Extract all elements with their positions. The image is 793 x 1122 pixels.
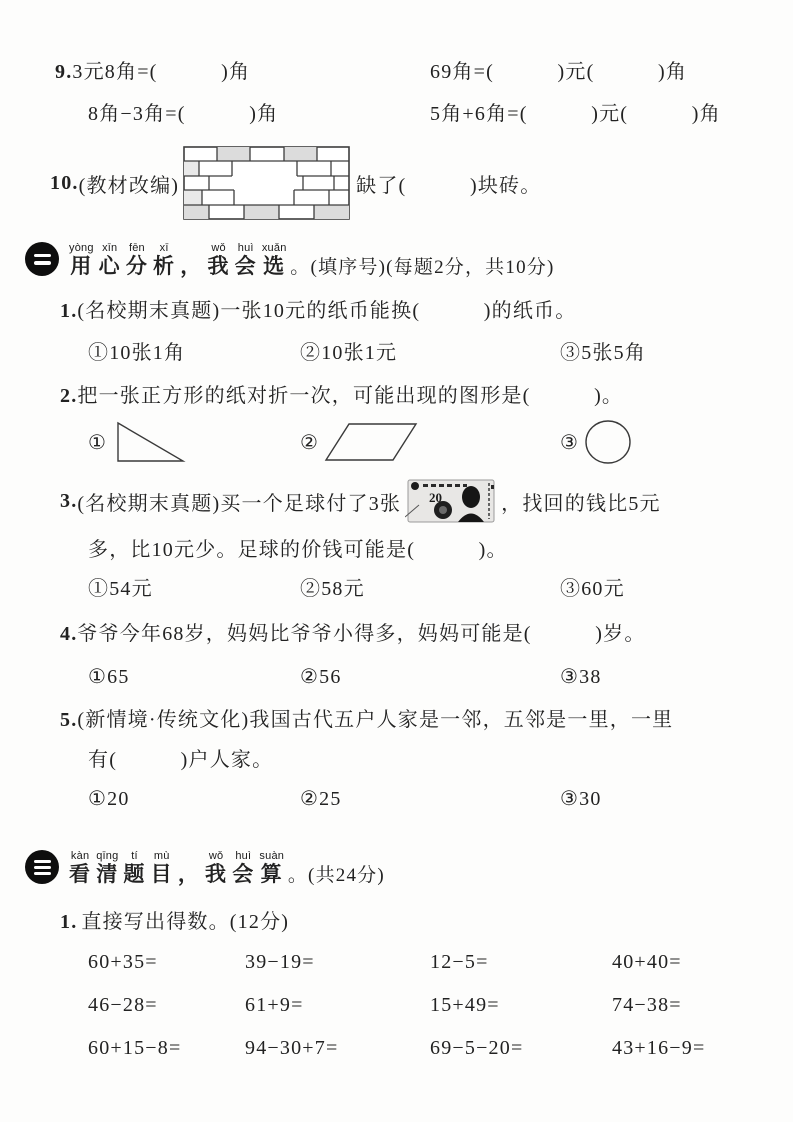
brick-wall-image [183,146,350,220]
q9-item-3: 8角−3角=( )角 [88,100,430,128]
q-number: 2. [60,385,77,407]
s2-q5-line-2: 有( )户人家。 [0,746,793,774]
section-3-title-ruby: 看kàn清qīng题tí目mù，我wǒ会huì算suàn [69,864,288,886]
section-3-title-suffix: 。(共24分) [288,865,385,886]
q-number: 5. [60,709,77,731]
problem: 69−5−20= [430,1034,612,1062]
section-2-title-suffix: 。(填序号)(每题2分，共10分) [290,257,554,278]
option-2: ②25 [300,786,560,812]
problem: 12−5= [430,948,612,976]
s2-question-2: 2.把一张正方形的纸对折一次，可能出现的图形是( )。 [0,382,793,410]
worksheet-page: 9.3元8角=( )角 69角=( )元( )角 8角−3角=( )角 5角+6… [0,0,793,1122]
section-2-title-ruby: 用yòng心xīn分fēn析xī，我wǒ会huì选xuǎn [69,256,290,278]
arithmetic-row-2: 46−28= 61+9= 15+49= 74−38= [0,991,793,1019]
option-2: ②10张1元 [300,340,560,366]
q-number: 1. [60,300,77,322]
s2-q5-options: ①20 ②25 ③30 [0,786,793,812]
option-1: ①10张1角 [88,340,300,366]
s2-q3-options: ①54元 ②58元 ③60元 [0,576,793,602]
s2-q1-options: ①10张1角 ②10张1元 ③5张5角 [0,340,793,366]
section-2-header: 用yòng心xīn分fēn析xī，我wǒ会huì选xuǎn。(填序号)(每题2分… [0,234,793,280]
option-1: ①20 [88,786,300,812]
s2-question-3: 3.(名校期末真题)买一个足球付了3张 20 ，找回的钱比5元 [0,474,793,528]
q9-item-1: 9.3元8角=( )角 [55,58,430,86]
problem: 60+35= [88,948,245,976]
arithmetic-row-1: 60+35= 39−19= 12−5= 40+40= [0,948,793,976]
problem: 40+40= [612,948,793,976]
s2-question-1: 1.(名校期末真题)一张10元的纸币能换( )的纸币。 [0,297,793,325]
q-text-after: ，找回的钱比5元 [501,487,661,516]
option-3: ③30 [560,786,793,812]
s2-q4-options: ①65 ②56 ③38 [0,664,793,690]
question-9-row-2: 8角−3角=( )角 5角+6角=( )元( )角 [0,100,793,128]
section-3-badge-icon [25,850,59,884]
q-number: 4. [60,623,77,645]
question-9-row-1: 9.3元8角=( )角 69角=( )元( )角 [0,58,793,86]
s3-question-1: 1.直接写出得数。(12分) [0,908,793,936]
q-text-before: (名校期末真题)买一个足球付了3张 [77,487,401,516]
problem: 39−19= [245,948,430,976]
problem: 60+15−8= [88,1034,245,1062]
s2-question-5: 5.(新情境·传统文化)我国古代五户人家是一邻，五邻是一里，一里 [0,706,793,734]
question-10: 10.(教材改编) [0,145,793,221]
right-triangle-icon [111,419,189,465]
option-1: ①54元 [88,576,300,602]
section-3-header: 看kàn清qīng题tí目mù，我wǒ会huì算suàn。(共24分) [0,842,793,888]
option-label: ② [300,430,319,455]
section-2-badge-icon [25,242,59,276]
option-1: ①65 [88,664,300,690]
option-label: ① [88,430,107,455]
s2-question-4: 4.爷爷今年68岁，妈妈比爷爷小得多，妈妈可能是( )岁。 [0,620,793,648]
option-3: ③5张5角 [560,340,793,366]
option-2: ② [300,417,560,467]
s2-q3-line-2: 多，比10元少。足球的价钱可能是( )。 [0,536,793,564]
q-text: (新情境·传统文化)我国古代五户人家是一邻，五邻是一里，一里 [77,709,673,731]
q-text: 爷爷今年68岁，妈妈比爷爷小得多，妈妈可能是( )岁。 [77,623,645,645]
q-text: 把一张正方形的纸对折一次，可能出现的图形是( )。 [77,385,623,407]
problem: 61+9= [245,991,430,1019]
problem: 43+16−9= [612,1034,793,1062]
parallelogram-icon [323,419,419,465]
problem: 94−30+7= [245,1034,430,1062]
q9-number: 9. [55,61,72,83]
q-text: (名校期末真题)一张10元的纸币能换( )的纸币。 [77,300,576,322]
problem: 74−38= [612,991,793,1019]
q-number: 1. [60,911,77,933]
section-3-title: 看kàn清qīng题tí目mù，我wǒ会huì算suàn。(共24分) [69,850,385,888]
option-1: ① [88,417,300,467]
arithmetic-row-3: 60+15−8= 94−30+7= 69−5−20= 43+16−9= [0,1034,793,1062]
q10-source-tag: (教材改编) [79,169,180,198]
circle-icon [583,418,633,466]
q10-question-text: 缺了( )块砖。 [356,169,541,198]
option-3: ③ [560,417,793,467]
q9-item-2: 69角=( )元( )角 [430,58,793,86]
option-3: ③38 [560,664,793,690]
problem: 46−28= [88,991,245,1019]
option-2: ②58元 [300,576,560,602]
s2-q2-options: ① ② ③ [0,417,793,467]
banknote-20-yuan-image: 20 [405,477,497,525]
q9-item-4: 5角+6角=( )元( )角 [430,100,793,128]
option-2: ②56 [300,664,560,690]
problem: 15+49= [430,991,612,1019]
option-3: ③60元 [560,576,793,602]
q-text: 直接写出得数。(12分) [81,911,289,933]
section-2-title: 用yòng心xīn分fēn析xī，我wǒ会huì选xuǎn。(填序号)(每题2分… [69,242,555,280]
option-label: ③ [560,430,579,455]
q10-number: 10. [50,172,79,195]
q-number: 3. [60,490,77,513]
